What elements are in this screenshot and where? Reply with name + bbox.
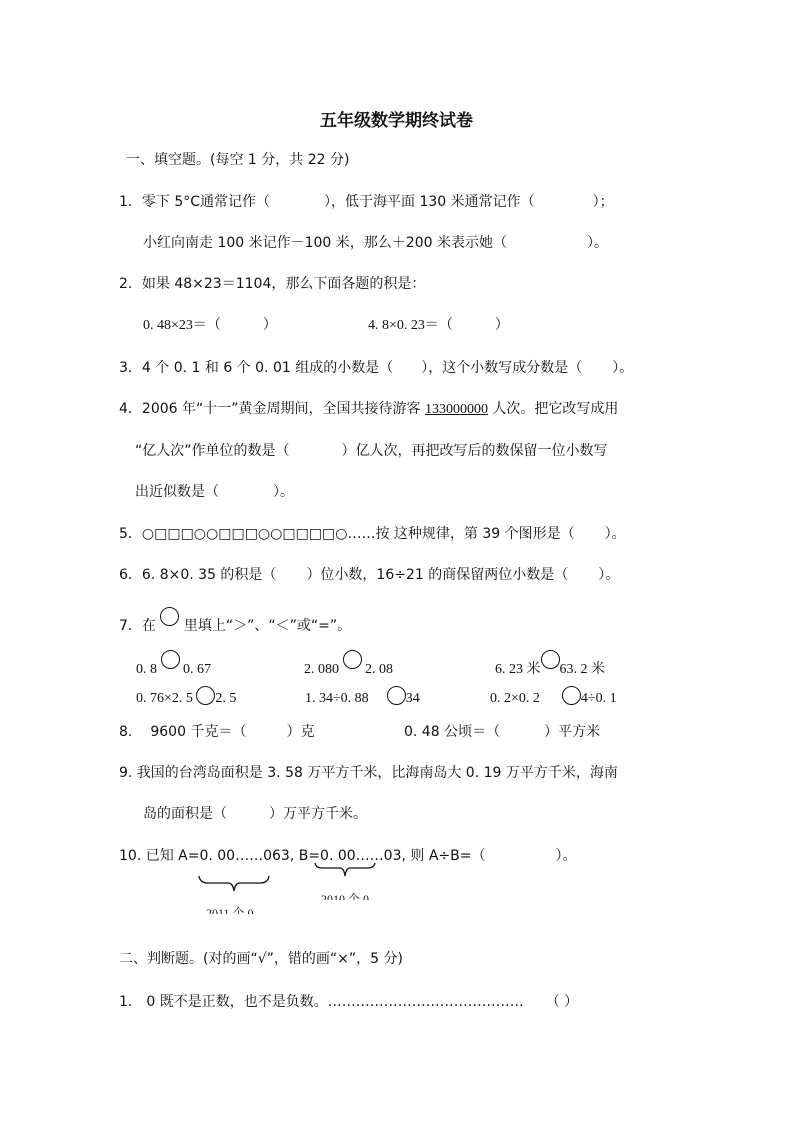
q4-text-e: 出近似数是（ — [135, 484, 219, 500]
question-5: 5．○□□□○○□□□○○□□□□○……按 这种规律，第 39 个图形是（）。 — [119, 525, 626, 543]
question-2-item-1: 0. 48×23＝（） — [143, 317, 277, 335]
q7-right-value: 0. 67 — [183, 662, 211, 677]
question-6: 6．6. 8×0. 35 的积是（）位小数，16÷21 的商保留两位小数是（）。 — [119, 566, 619, 584]
q7-compare-2-2: 1. 34÷0. 8834 — [305, 686, 420, 708]
compare-circle-blank[interactable] — [387, 686, 406, 705]
q3-text-b: ），这个小数写成分数是（ — [421, 360, 582, 376]
q2-item2-close: ） — [495, 318, 509, 333]
question-2-item-2: 4. 8×0. 23＝（） — [368, 317, 509, 335]
exam-title: 五年级数学期终试卷 — [0, 106, 793, 131]
compare-circle-blank[interactable] — [196, 686, 215, 705]
q4-text-d: ）亿人次，再把改写后的数保留一位小数写 — [342, 443, 608, 459]
q1-text-a: 1．零下 5°C通常记作（ — [119, 194, 270, 210]
q7-left-value: 1. 34÷0. 88 — [305, 691, 369, 706]
q7-right-value: 2. 5 — [215, 691, 236, 706]
section2-heading: 二、判断题。(对的画“√”，错的画“×”，5 分) — [119, 950, 403, 968]
compare-circle-blank[interactable] — [562, 686, 581, 705]
q4-text-c: “亿人次”作单位的数是（ — [135, 443, 290, 459]
q5-text-b: ）。 — [605, 526, 626, 542]
q7-left-value: 6. 23 米 — [495, 662, 541, 677]
q3-text-c: ）。 — [612, 360, 633, 376]
question-8-part-2: 0. 48 公顷＝（）平方米 — [404, 723, 600, 741]
compare-circle-blank[interactable] — [541, 650, 560, 669]
judge-item-text: 1． 0 既不是正数，也不是负数。…………………………………… — [119, 994, 524, 1010]
judge-answer-blank[interactable]: （ ） — [546, 994, 578, 1010]
q7-left-value: 2. 080 — [304, 662, 339, 677]
compare-circle-blank[interactable] — [343, 650, 362, 669]
brace-a-icon — [198, 875, 270, 895]
q2-item2-text: 4. 8×0. 23＝（ — [368, 318, 453, 333]
question-3: 3．4 个 0. 1 和 6 个 0. 01 组成的小数是（），这个小数写成分数… — [119, 359, 633, 377]
brace-b-icon — [314, 862, 376, 878]
q8-text-a: 9600 千克＝（ — [150, 724, 246, 740]
q7-compare-1-1: 0. 8 0. 67 — [136, 650, 211, 679]
question-8: 8.9600 千克＝（）克 — [119, 723, 314, 741]
q7-left-value: 0. 76×2. 5 — [136, 691, 193, 706]
question-9-line-1: 9. 我国的台湾岛面积是 3. 58 万平方千米，比海南岛大 0. 19 万平方… — [119, 764, 618, 782]
question-4-line-1: 4．2006 年“十一”黄金周期间，全国共接待游客 133000000 人次。把… — [119, 400, 618, 419]
q8-text-d: ）平方米 — [544, 724, 600, 740]
q1-text-d: 小红向南走 100 米记作－100 米，那么＋200 米表示她（ — [143, 235, 507, 251]
question-2-line-1: 2．如果 48×23＝1104，那么下面各题的积是： — [119, 275, 425, 293]
q2-item1-close: ） — [263, 318, 277, 333]
q7-text-a: 7．在 — [119, 618, 156, 634]
q10-text-b: ）。 — [555, 848, 576, 864]
q1-text-c: ）； — [593, 194, 614, 210]
brace-b-label: 2010 个 0 — [321, 892, 369, 900]
q9-text-b: ）万平方千米。 — [269, 806, 367, 822]
section1-heading: 一、填空题。(每空 1 分，共 22 分) — [126, 151, 349, 169]
q4-text-f: ）。 — [273, 484, 294, 500]
q7-compare-1-3: 6. 23 米63. 2 米 — [495, 650, 605, 679]
question-4-line-2: “亿人次”作单位的数是（）亿人次，再把改写后的数保留一位小数写 — [135, 442, 608, 460]
compare-circle-blank[interactable] — [161, 650, 180, 669]
question-1-line-2: 小红向南走 100 米记作－100 米，那么＋200 米表示她（）。 — [143, 234, 608, 252]
question-4-line-3: 出近似数是（）。 — [135, 483, 294, 501]
q7-compare-2-3: 0. 2×0. 24÷0. 1 — [490, 686, 617, 708]
q1-text-e: ）。 — [587, 235, 608, 251]
q4-text-b: 人次。把它改写成用 — [488, 401, 618, 417]
q4-underlined-number: 133000000 — [425, 402, 488, 417]
q5-text-a: 5．○□□□○○□□□○○□□□□○……按 这种规律，第 39 个图形是（ — [119, 526, 575, 542]
q7-left-value: 0. 2×0. 2 — [490, 691, 540, 706]
q7-text-b: 里填上“＞”、“＜”或“=”。 — [184, 618, 351, 634]
q6-text-c: ）。 — [598, 567, 619, 583]
question-9-line-2: 岛的面积是（）万平方千米。 — [143, 805, 367, 823]
q3-text-a: 3．4 个 0. 1 和 6 个 0. 01 组成的小数是（ — [119, 360, 393, 376]
q7-left-value: 0. 8 — [136, 662, 157, 677]
question-1-line-1: 1．零下 5°C通常记作（），低于海平面 130 米通常记作（）； — [119, 193, 614, 211]
q7-right-value: 4÷0. 1 — [581, 691, 617, 706]
q8-text-b: ）克 — [286, 724, 314, 740]
q2-item1-text: 0. 48×23＝（ — [143, 318, 221, 333]
circle-icon — [160, 607, 179, 626]
q9-text-a: 岛的面积是（ — [143, 806, 227, 822]
brace-a-label: 2011 个 0 — [206, 906, 254, 914]
q7-right-value: 63. 2 米 — [560, 662, 606, 677]
q7-compare-2-1: 0. 76×2. 5 2. 5 — [136, 686, 236, 708]
q6-text-b: ）位小数，16÷21 的商保留两位小数是（ — [306, 567, 568, 583]
q4-text-a: 4．2006 年“十一”黄金周期间，全国共接待游客 — [119, 401, 425, 417]
q8-number: 8. — [119, 724, 132, 740]
question-7-intro: 7．在 里填上“＞”、“＜”或“=”。 — [119, 607, 351, 635]
judge-item-1: 1． 0 既不是正数，也不是负数。……………………………………（ ） — [119, 993, 578, 1011]
q8-text-c: 0. 48 公顷＝（ — [404, 724, 500, 740]
q7-compare-1-2: 2. 080 2. 08 — [304, 650, 393, 679]
q6-text-a: 6．6. 8×0. 35 的积是（ — [119, 567, 276, 583]
q7-right-value: 34 — [406, 691, 420, 706]
q7-right-value: 2. 08 — [365, 662, 393, 677]
q1-text-b: ），低于海平面 130 米通常记作（ — [324, 194, 535, 210]
q10-text-a: 10. 已知 A=0. 00……063, B=0. 00……03, 则 A÷B=… — [119, 848, 485, 864]
